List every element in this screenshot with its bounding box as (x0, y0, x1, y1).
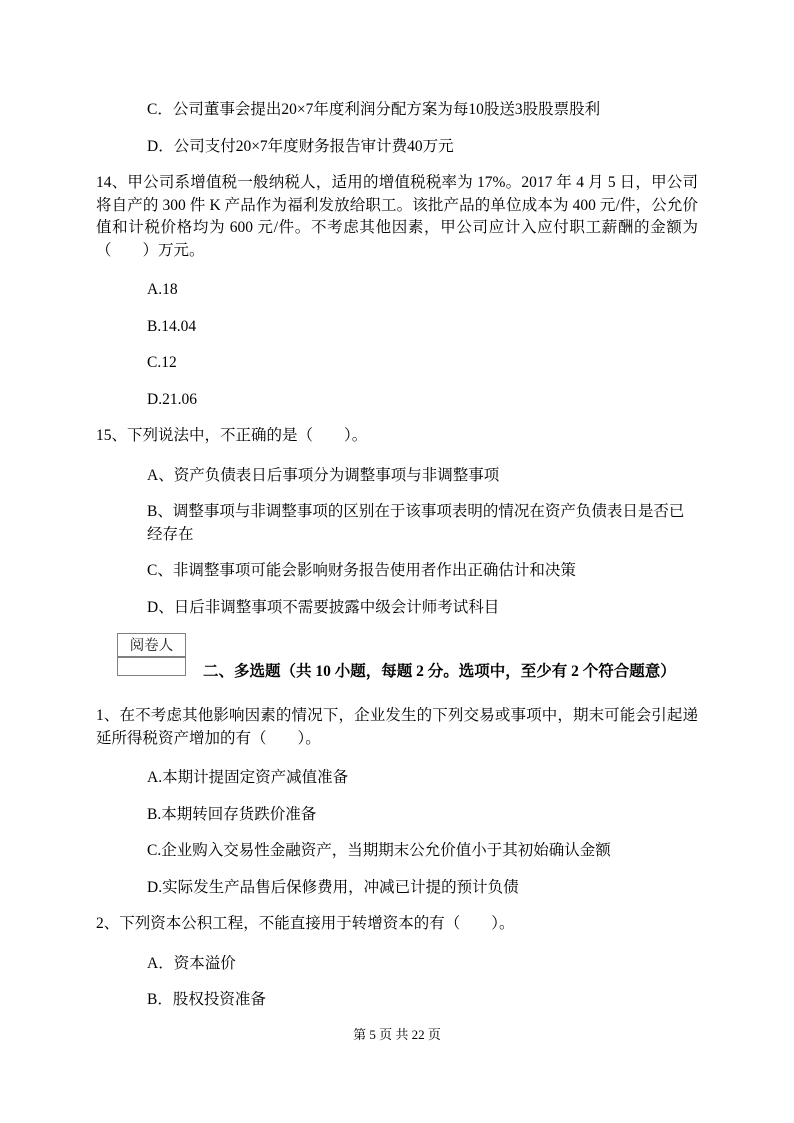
q13-option-c: C．公司董事会提出20×7年度利润分配方案为每10股送3股股票股利 (147, 99, 698, 122)
mc-q1-option-c: C.企业购入交易性金融资产，当期期末公允价值小于其初始确认金额 (147, 840, 698, 863)
grader-box: 阅卷人 (117, 633, 186, 676)
grader-box-empty-cell (118, 658, 185, 675)
exam-document-page: C．公司董事会提出20×7年度利润分配方案为每10股送3股股票股利 D．公司支付… (0, 0, 794, 1123)
mc-q2-option-a: A．资本溢价 (147, 953, 698, 976)
mc-q2-option-b: B．股权投资准备 (147, 989, 698, 1012)
mc-q1-option-a: A.本期计提固定资产减值准备 (147, 767, 698, 790)
q15-option-d: D、日后非调整事项不需要披露中级会计师考试科目 (147, 597, 698, 620)
section-two-heading: 二、多选题（共 10 小题，每题 2 分。选项中，至少有 2 个符合题意） (203, 659, 676, 681)
mc-q2-stem: 2、下列资本公积工程，不能直接用于转增资本的有（ ）。 (96, 913, 698, 936)
grader-box-label: 阅卷人 (118, 634, 185, 658)
mc-q1-option-b: B.本期转回存货跌价准备 (147, 804, 698, 827)
grader-section-row: 阅卷人 二、多选题（共 10 小题，每题 2 分。选项中，至少有 2 个符合题意… (96, 633, 698, 679)
page-number-footer: 第 5 页 共 22 页 (0, 1024, 794, 1043)
q13-option-d: D．公司支付20×7年度财务报告审计费40万元 (147, 136, 698, 159)
q15-option-c: C、非调整事项可能会影响财务报告使用者作出正确估计和决策 (147, 560, 698, 583)
page-body: C．公司董事会提出20×7年度利润分配方案为每10股送3股股票股利 D．公司支付… (0, 0, 794, 1012)
q15-option-b: B、调整事项与非调整事项的区别在于该事项表明的情况在资产负债表日是否已经存在 (147, 501, 698, 546)
mc-q1-option-d: D.实际发生产品售后保修费用，冲减已计提的预计负债 (147, 877, 698, 900)
q14-stem: 14、甲公司系增值税一般纳税人，适用的增值税税率为 17%。2017 年 4 月… (96, 172, 698, 262)
q15-option-a: A、资产负债表日后事项分为调整事项与非调整事项 (147, 465, 698, 488)
q14-option-a: A.18 (147, 279, 698, 302)
q14-option-b: B.14.04 (147, 316, 698, 339)
q14-option-c: C.12 (147, 352, 698, 375)
q14-option-d: D.21.06 (147, 389, 698, 412)
q15-stem: 15、下列说法中，不正确的是（ ）。 (96, 425, 698, 448)
mc-q1-stem: 1、在不考虑其他影响因素的情况下，企业发生的下列交易或事项中，期末可能会引起递延… (96, 705, 698, 750)
